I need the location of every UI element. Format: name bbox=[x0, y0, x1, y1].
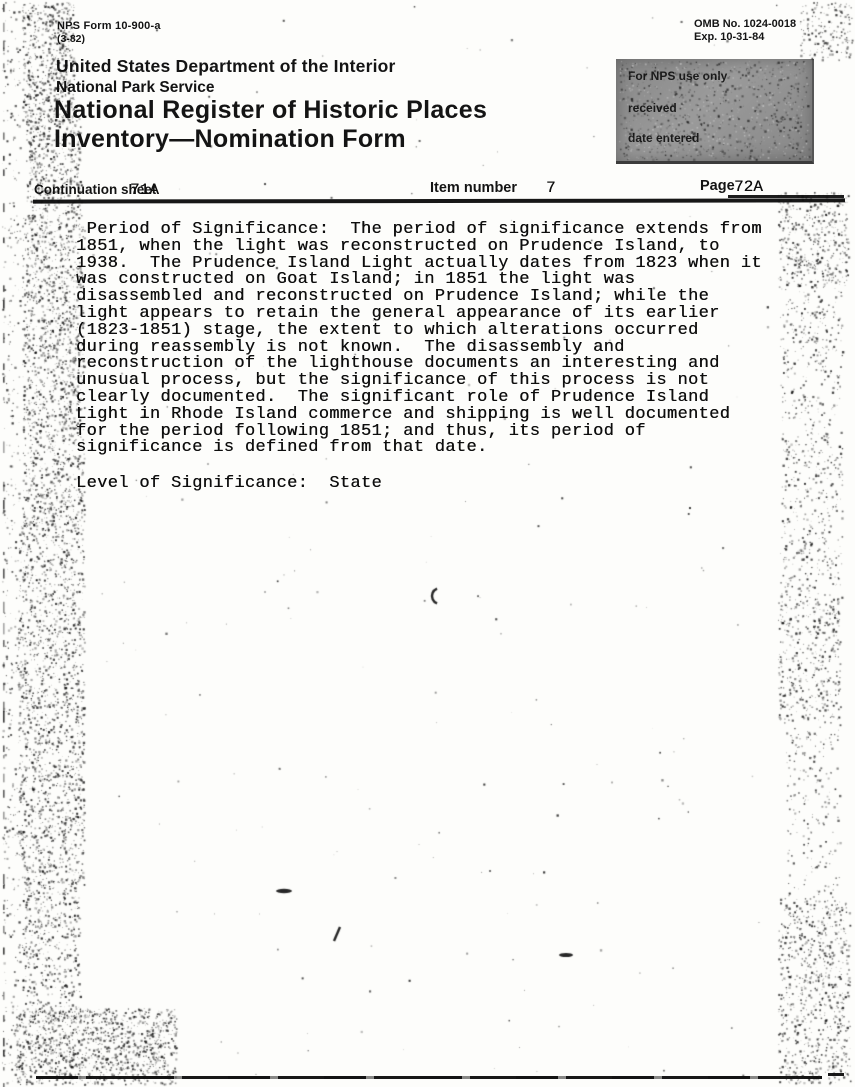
bottom-rule-fragment bbox=[828, 1073, 844, 1076]
nps-use-only-label: For NPS use only bbox=[628, 69, 727, 83]
omb-expiration: Exp. 10-31-84 bbox=[694, 31, 764, 43]
nps-use-only-box: For NPS use only received date entered bbox=[616, 59, 814, 164]
significance-paragraph: Period of Significance: The period of si… bbox=[76, 222, 762, 457]
omb-number: OMB No. 1024-0018 bbox=[694, 18, 796, 30]
form-number: NPS Form 10-900-a bbox=[57, 20, 161, 32]
continuation-sheet-value: 71A bbox=[130, 181, 159, 199]
department-name: United States Department of the Interior bbox=[56, 56, 396, 77]
page-underline-rule bbox=[728, 195, 844, 198]
received-label: received bbox=[628, 101, 677, 115]
level-of-significance-line: Level of Significance: State bbox=[76, 474, 382, 493]
form-title-line2: Inventory—Nomination Form bbox=[54, 125, 406, 154]
form-edition: (3-82) bbox=[57, 33, 85, 45]
form-title-line1: National Register of Historic Places bbox=[54, 96, 487, 125]
item-number-value: 7 bbox=[546, 179, 556, 197]
item-number-label: Item number bbox=[430, 180, 517, 196]
page-label: Page bbox=[700, 178, 735, 194]
agency-name: National Park Service bbox=[56, 79, 215, 97]
page-value: 72A bbox=[734, 178, 763, 196]
header-divider-rule bbox=[33, 198, 845, 203]
date-entered-label: date entered bbox=[628, 131, 699, 145]
nomination-form-page: NPS Form 10-900-a (3-82) OMB No. 1024-00… bbox=[0, 0, 855, 1087]
bottom-page-rule bbox=[36, 1076, 822, 1079]
